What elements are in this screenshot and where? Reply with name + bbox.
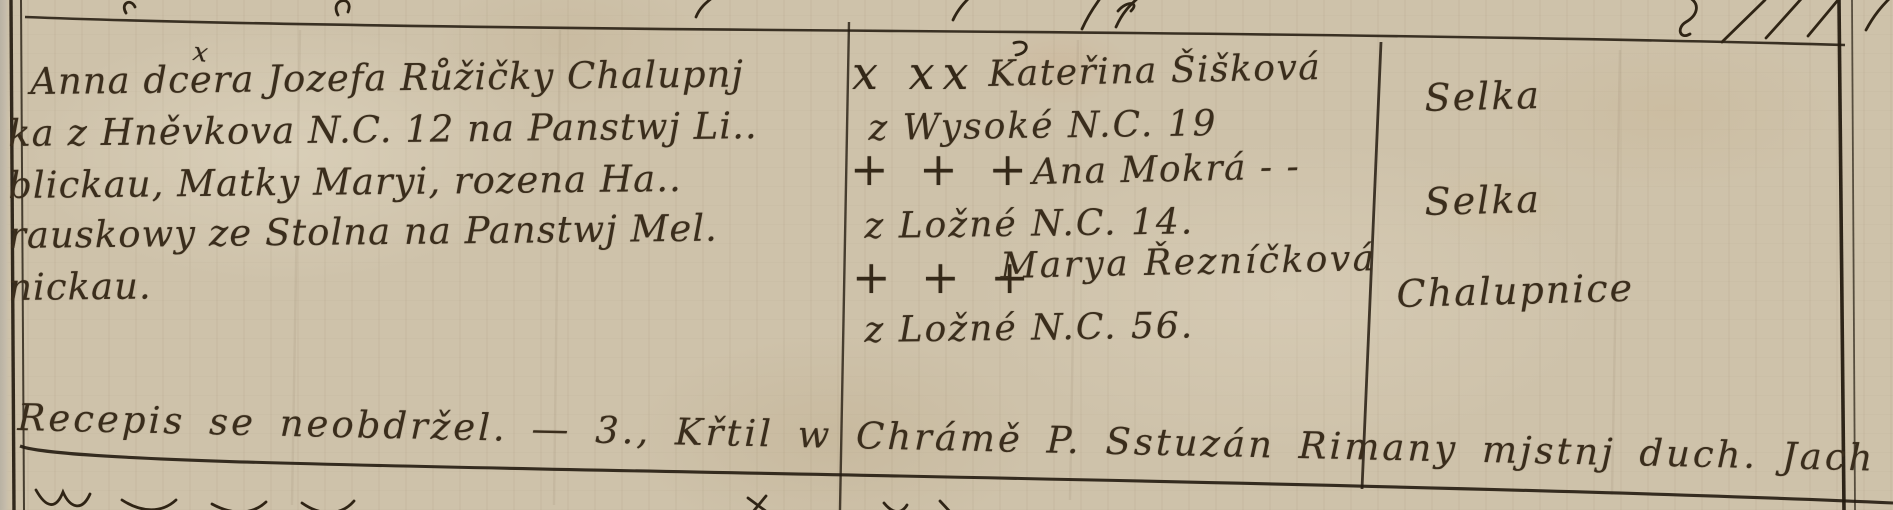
child-details-line: rauskowy ze Stolna na Panstwj Mel. [8,207,718,257]
status-entry: Selka [1424,73,1541,120]
child-details-line: ka z Hněvkova N.C. 12 na Panstwj Li.. [8,104,758,155]
child-details-line: nickau. [8,264,152,309]
status-entry: Chalupnice [1396,266,1635,316]
register-page: x Anna dcera Jozefa Růžičky Chalupnj ka … [0,0,1893,510]
witness-name: Marya Řezníčková [1000,238,1377,287]
child-details-line: blickau, Matky Maryi, rozena Ha.. [8,157,682,207]
status-entry: Selka [1424,177,1541,224]
witness-signature-marks: + + + [850,142,1035,196]
child-details-line: Anna dcera Jozefa Růžičky Chalupnj [30,53,744,103]
witness-residence: z Ložné N.C. 56. [864,305,1194,351]
witness-name: Kateřina Šišková [988,47,1322,95]
witness-name: Ana Mokrá - - [1032,146,1301,193]
witness-residence: z Ložné N.C. 14. [864,201,1194,247]
witness-signature-marks: x xx [852,46,976,100]
